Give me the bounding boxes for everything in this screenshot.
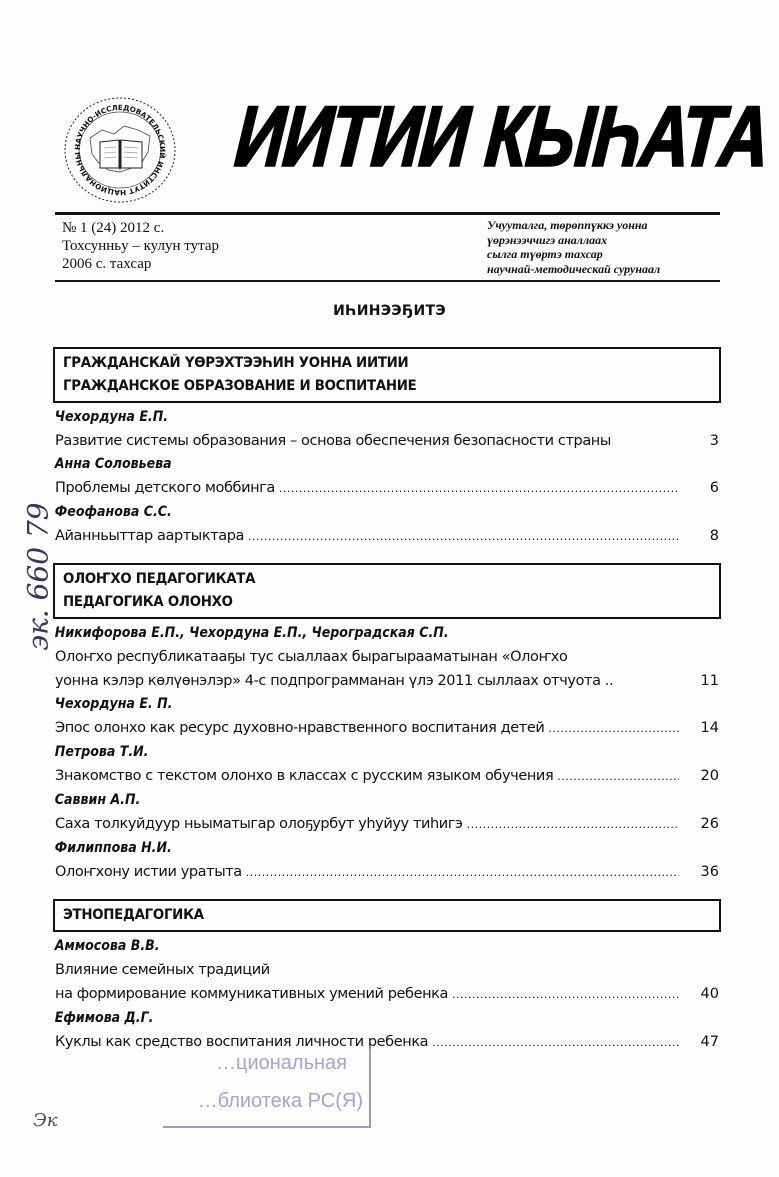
section-heading: ГРАЖДАНСКАЙ ҮӨРЭХТЭЭҺИН УОННА ИИТИИ — [63, 352, 659, 375]
issue-number: № 1 (24) 2012 с. — [62, 219, 219, 237]
entry-title[interactable]: на формирование коммуникативных умений р… — [55, 982, 679, 1007]
entry-author: Филиппова Н.И. — [53, 837, 656, 860]
entry-title-text: Айанньыттар аартыктара — [55, 528, 244, 544]
entry-page-number: 3 — [679, 429, 723, 453]
entry-title[interactable]: Саха толкуйдуур ньыматыгар олоҕурбут уһу… — [55, 812, 679, 837]
entry-title-text: на формирование коммуникативных умений р… — [55, 986, 448, 1002]
toc-entry[interactable]: Проблемы детского моббинга6 — [53, 476, 723, 501]
toc-entry[interactable]: Знакомство с текстом олонхо в классах с … — [53, 764, 723, 789]
section-heading: ЭТНОПЕДАГОГИКА — [63, 904, 659, 927]
entry-title[interactable]: Айанньыттар аартыктара — [55, 524, 679, 549]
tagline-line: сылга түөртэ тахсар — [487, 247, 660, 262]
section-gap — [53, 885, 723, 899]
section-heading-box: ГРАЖДАНСКАЙ ҮӨРЭХТЭЭҺИН УОННА ИИТИИГРАЖД… — [53, 347, 721, 403]
entry-page-number: 47 — [679, 1030, 723, 1054]
entry-title-text: Олоҥхону истии уратыта — [55, 864, 242, 880]
issue-info: № 1 (24) 2012 с. Тохсунньу – кулун тутар… — [62, 219, 219, 273]
handwritten-initials: Эк — [33, 1110, 58, 1131]
table-of-contents: ГРАЖДАНСКАЙ ҮӨРЭХТЭЭҺИН УОННА ИИТИИГРАЖД… — [53, 347, 723, 1055]
entry-title-text: Эпос олонхо как ресурс духовно-нравствен… — [55, 720, 544, 736]
entry-title-text: уонна кэлэр көлүөнэлэр» 4-с подпрограмма… — [55, 673, 613, 689]
leader-dots — [553, 768, 679, 784]
entry-page-number: 40 — [679, 982, 723, 1006]
entry-page-number: 6 — [679, 476, 723, 500]
entry-author: Петрова Т.И. — [53, 741, 656, 764]
toc-entry[interactable]: уонна кэлэр көлүөнэлэр» 4-с подпрограмма… — [53, 669, 723, 693]
entry-page-number: 20 — [679, 764, 723, 788]
entry-title[interactable]: Развитие системы образования – основа об… — [55, 429, 679, 453]
section-heading-box: ЭТНОПЕДАГОГИКА — [53, 899, 721, 932]
header-rule-bottom — [55, 280, 720, 282]
entry-author: Аммосова В.В. — [53, 935, 656, 958]
tagline-line: Учууталга, төрөппүккэ уонна — [487, 218, 660, 233]
toc-title: ИҺИНЭЭҔИТЭ — [0, 303, 779, 319]
entry-author: Чехордуна Е. П. — [53, 693, 656, 716]
entry-title-text: Саха толкуйдуур ньыматыгар олоҕурбут уһу… — [55, 816, 463, 832]
entry-title-line[interactable]: Влияние семейных традиций — [53, 958, 723, 982]
toc-entry[interactable]: Саха толкуйдуур ньыматыгар олоҕурбут уһу… — [53, 812, 723, 837]
leader-dots — [242, 864, 679, 880]
toc-entry[interactable]: на формирование коммуникативных умений р… — [53, 982, 723, 1007]
entry-author: Анна Соловьева — [53, 453, 656, 476]
entry-title[interactable]: уонна кэлэр көлүөнэлэр» 4-с подпрограмма… — [55, 669, 679, 693]
entry-author: Феофанова С.С. — [53, 501, 656, 524]
toc-entry[interactable]: Эпос олонхо как ресурс духовно-нравствен… — [53, 716, 723, 741]
library-stamp: …циональная …блиотека РС(Я) — [163, 1046, 371, 1128]
entry-page-number: 36 — [679, 860, 723, 884]
entry-page-number: 26 — [679, 812, 723, 836]
entry-author: Саввин А.П. — [53, 789, 656, 812]
entry-page-number: 8 — [679, 524, 723, 548]
entry-author: Чехордуна Е.П. — [53, 406, 656, 429]
journal-tagline: Учууталга, төрөппүккэ уонна үөрэнээччигэ… — [487, 218, 660, 276]
entry-title[interactable]: Эпос олонхо как ресурс духовно-нравствен… — [55, 716, 679, 741]
leader-dots — [448, 986, 679, 1002]
stamp-line: …циональная — [216, 1052, 347, 1075]
leader-dots — [463, 816, 679, 832]
entry-page-number: 14 — [679, 716, 723, 740]
entry-author: Никифорова Е.П., Чехордуна Е.П., Черогра… — [53, 622, 656, 645]
section-heading: ОЛОҤХО ПЕДАГОГИКАТА — [63, 568, 659, 591]
leader-dots — [428, 1034, 679, 1050]
section-heading-box: ОЛОҤХО ПЕДАГОГИКАТАПЕДАГОГИКА ОЛОНХО — [53, 563, 721, 619]
tagline-line: үөрэнээччигэ аналлаах — [487, 233, 660, 248]
entry-title[interactable]: Олоҥхону истии уратыта — [55, 860, 679, 885]
entry-title-line[interactable]: Олоҥхо республикатааҕы тус сыаллаах быра… — [53, 645, 723, 669]
journal-masthead: ИИТИИ КЫҺАТА — [232, 88, 773, 186]
entry-title[interactable]: Знакомство с текстом олонхо в классах с … — [55, 764, 679, 789]
entry-title[interactable]: Проблемы детского моббинга — [55, 476, 679, 501]
leader-dots — [544, 720, 679, 736]
issue-founded: 2006 с. тахсар — [62, 255, 219, 273]
stamp-line: …блиотека РС(Я) — [198, 1090, 363, 1113]
toc-page: НАУЧНО-ИССЛЕДОВАТЕЛЬСКИЙ ИНСТИТУТ НАЦИОН… — [0, 0, 779, 1177]
header-rule-top — [55, 212, 720, 215]
tagline-line: научнай-методическай сурунаал — [487, 262, 660, 277]
entry-author: Ефимова Д.Г. — [53, 1007, 656, 1030]
issue-frequency: Тохсунньу – кулун тутар — [62, 237, 219, 255]
section-heading: ПЕДАГОГИКА ОЛОНХО — [63, 591, 659, 614]
section-gap — [53, 549, 723, 563]
leader-dots — [275, 480, 679, 496]
entry-title-text: Развитие системы образования – основа об… — [55, 433, 611, 449]
institute-seal-icon: НАУЧНО-ИССЛЕДОВАТЕЛЬСКИЙ ИНСТИТУТ НАЦИОН… — [62, 96, 178, 204]
handwritten-inventory-number: эк. 660 79 — [22, 457, 55, 697]
toc-entry[interactable]: Айанньыттар аартыктара8 — [53, 524, 723, 549]
toc-entry[interactable]: Олоҥхону истии уратыта36 — [53, 860, 723, 885]
toc-entry[interactable]: Развитие системы образования – основа об… — [53, 429, 723, 453]
entry-page-number: 11 — [679, 669, 723, 693]
leader-dots — [244, 528, 679, 544]
entry-title-text: Проблемы детского моббинга — [55, 480, 275, 496]
entry-title-text: Знакомство с текстом олонхо в классах с … — [55, 768, 553, 784]
toc-entry[interactable]: Куклы как средство воспитания личности р… — [53, 1030, 723, 1055]
section-heading: ГРАЖДАНСКОЕ ОБРАЗОВАНИЕ И ВОСПИТАНИЕ — [63, 375, 659, 398]
